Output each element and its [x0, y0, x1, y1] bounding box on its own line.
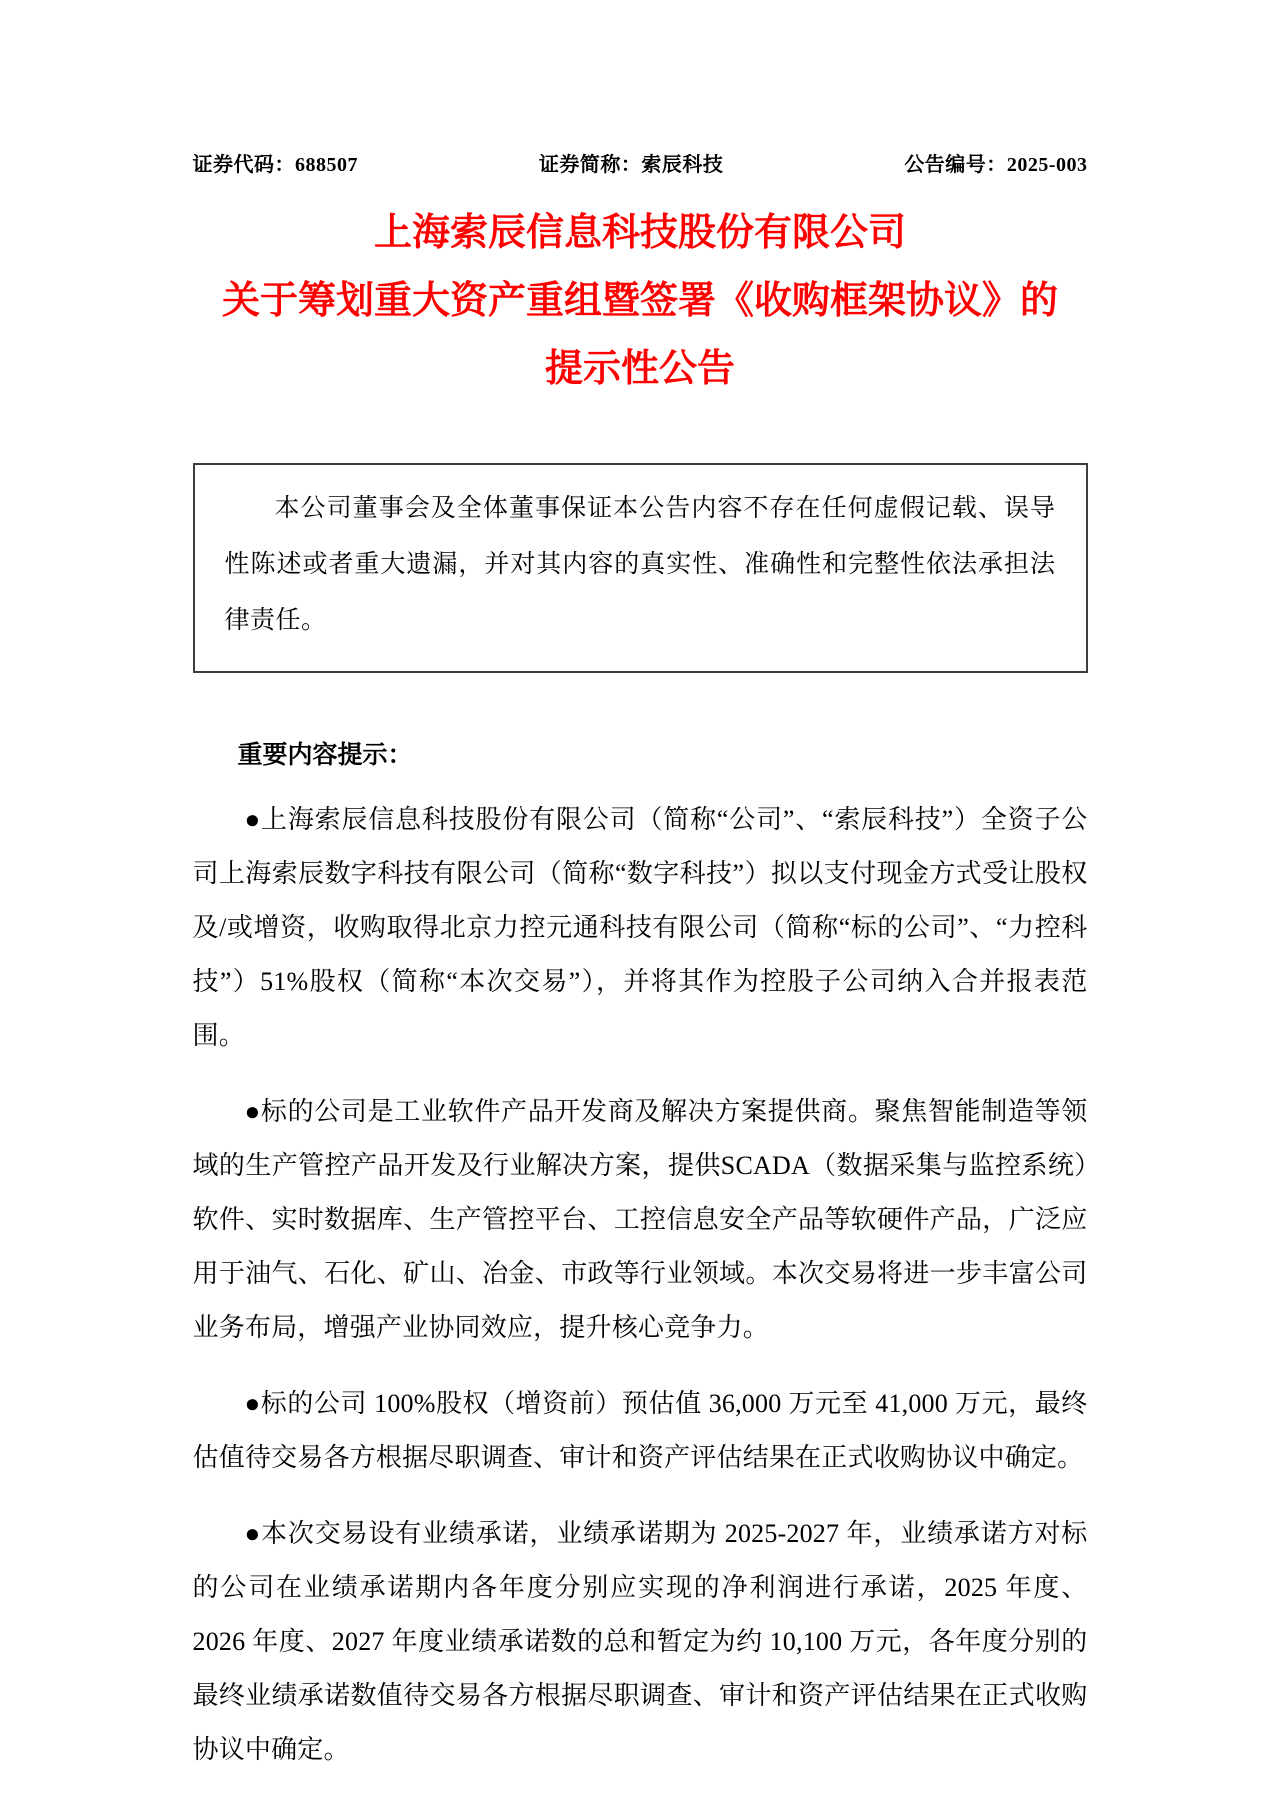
document-title-line-3: 提示性公告: [193, 335, 1088, 403]
stock-code-value: 688507: [295, 154, 358, 176]
disclaimer-text: 本公司董事会及全体董事保证本公告内容不存在任何虚假记载、误导性陈述或者重大遗漏，…: [225, 481, 1056, 649]
announcement-number-value: 2025-003: [1007, 154, 1088, 176]
announcement-page: 证券代码：688507 证券简称：索辰科技 公告编号：2025-003 上海索辰…: [0, 0, 1280, 1809]
announcement-number-field: 公告编号：2025-003: [904, 148, 1087, 177]
highlight-paragraph-1: ●上海索辰信息科技股份有限公司（简称“公司”、“索辰科技”）全资子公司上海索辰数…: [193, 793, 1088, 1063]
disclaimer-box: 本公司董事会及全体董事保证本公告内容不存在任何虚假记载、误导性陈述或者重大遗漏，…: [193, 463, 1088, 673]
announcement-number-label: 公告编号：: [904, 154, 1007, 176]
stock-short-name-value: 索辰科技: [641, 154, 723, 176]
stock-code-label: 证券代码：: [193, 154, 296, 176]
document-title-line-1: 上海索辰信息科技股份有限公司: [193, 199, 1088, 267]
stock-short-name-label: 证券简称：: [539, 154, 642, 176]
highlight-paragraph-3: ●标的公司 100%股权（增资前）预估值 36,000 万元至 41,000 万…: [193, 1377, 1088, 1485]
document-title-line-2: 关于筹划重大资产重组暨签署《收购框架协议》的: [193, 267, 1088, 335]
stock-code-field: 证券代码：688507: [193, 148, 359, 177]
document-header: 证券代码：688507 证券简称：索辰科技 公告编号：2025-003: [193, 148, 1088, 177]
page-content: 证券代码：688507 证券简称：索辰科技 公告编号：2025-003 上海索辰…: [193, 0, 1088, 1777]
document-title: 上海索辰信息科技股份有限公司 关于筹划重大资产重组暨签署《收购框架协议》的 提示…: [193, 199, 1088, 403]
stock-short-name-field: 证券简称：索辰科技: [539, 148, 724, 177]
highlights-heading: 重要内容提示：: [193, 739, 1088, 771]
highlight-paragraph-2: ●标的公司是工业软件产品开发商及解决方案提供商。聚焦智能制造等领域的生产管控产品…: [193, 1085, 1088, 1355]
highlight-paragraph-4: ●本次交易设有业绩承诺，业绩承诺期为 2025-2027 年，业绩承诺方对标的公…: [193, 1507, 1088, 1777]
